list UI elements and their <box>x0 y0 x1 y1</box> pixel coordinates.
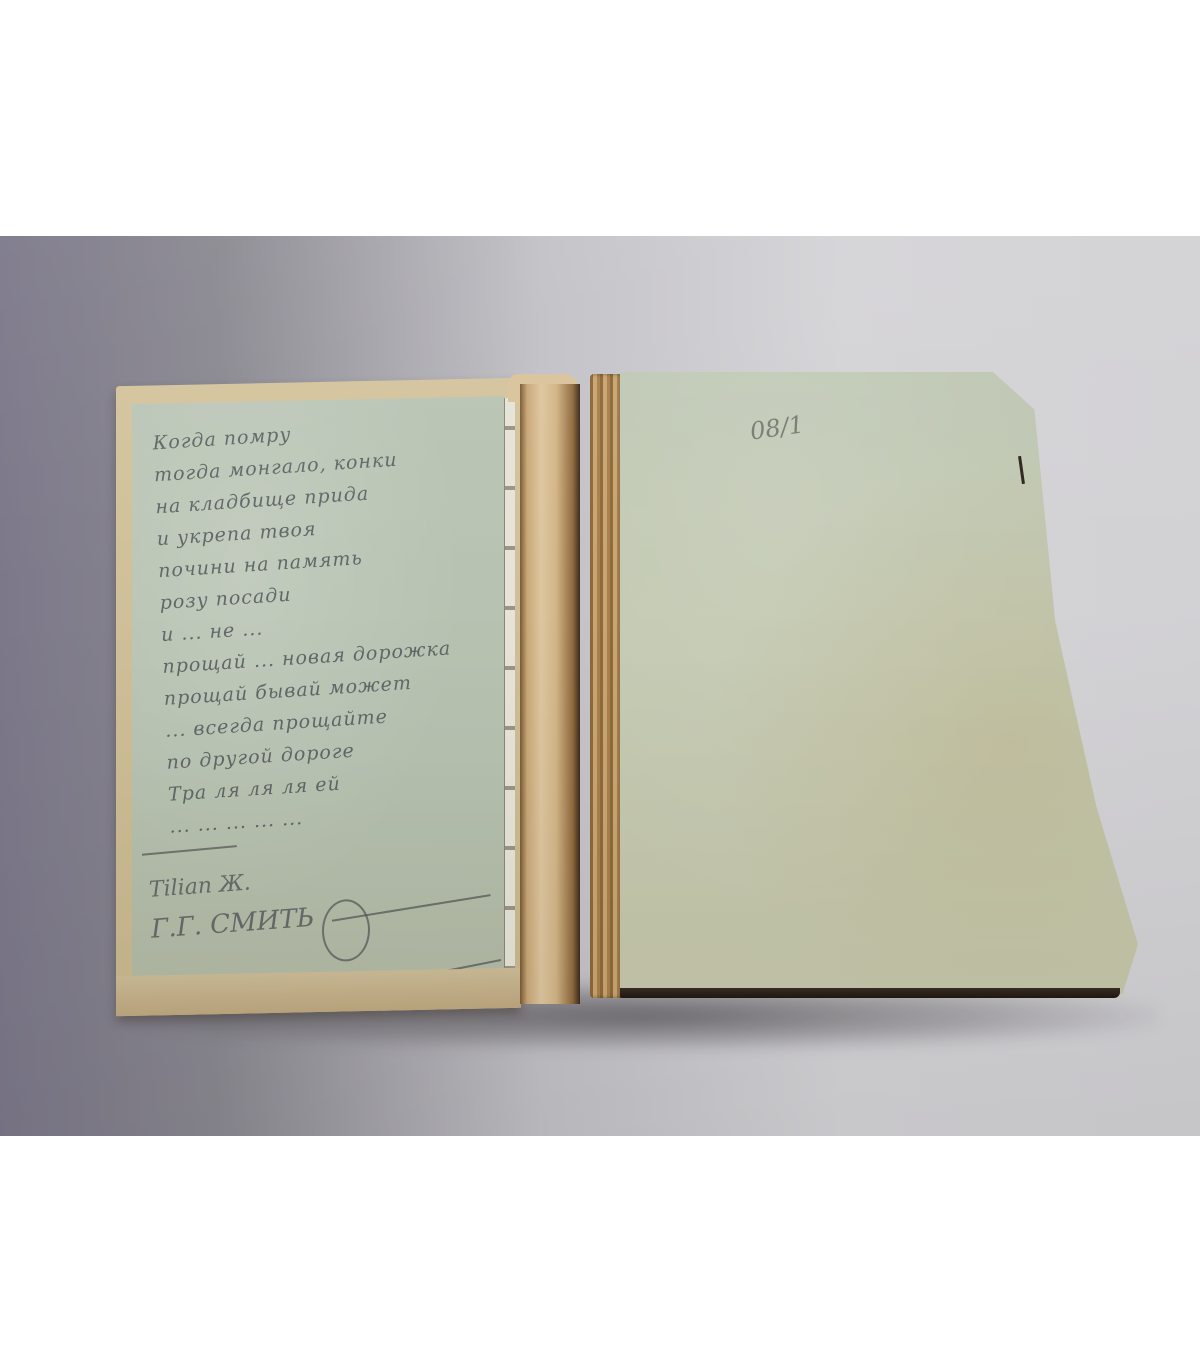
left-inside-cover: Когда помру тогда монгало, конки на клад… <box>116 378 521 1016</box>
handwritten-inscription: Когда помру тогда монгало, конки на клад… <box>152 406 499 842</box>
endpaper-left: Когда помру тогда монгало, конки на клад… <box>132 396 505 976</box>
pencil-underline <box>142 845 237 856</box>
binding-stitches <box>504 398 515 968</box>
signature-line: Tilian Ж. <box>148 866 312 903</box>
signature: Tilian Ж. Г.Г. СМИТЬ <box>148 866 315 945</box>
book-spine <box>590 374 624 998</box>
cover-bottom-edge <box>620 988 1120 998</box>
spine-gutter <box>520 384 580 1004</box>
signature-line: Г.Г. СМИТЬ <box>150 903 315 945</box>
cover-edge <box>116 968 521 1016</box>
right-book-cover <box>620 372 1138 994</box>
monogram-flourish <box>322 899 370 962</box>
book-photograph: Когда помру тогда монгало, конки на клад… <box>0 236 1200 1136</box>
